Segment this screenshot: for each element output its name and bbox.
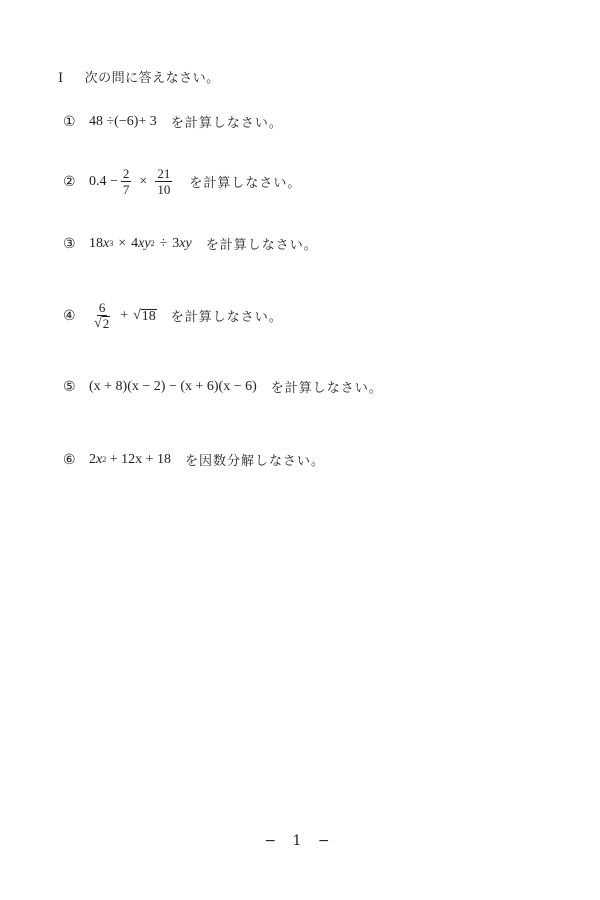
section-heading: I 次の問に答えなさい。 (58, 67, 220, 86)
coef: 2 (89, 452, 96, 468)
question-instruction: を計算しなさい。 (171, 306, 283, 325)
question-instruction: を計算しなさい。 (171, 112, 283, 131)
question-3: ③ 18x3 × 4xy2 ÷ 3xy を計算しなさい。 (63, 234, 318, 253)
sqrt-icon: √ (133, 308, 141, 324)
numerator: 6 (97, 300, 108, 316)
question-1: ① 48 ÷(−6)+ 3 を計算しなさい。 (63, 112, 283, 131)
fraction: 6 √2 (92, 300, 112, 331)
math-expression: 2x2 + 12x + 18 (89, 452, 171, 468)
math-expression: 0.4 − 2 7 × 21 10 (89, 166, 175, 197)
numerator: 2 (121, 166, 132, 182)
question-4: ④ 6 √2 + √18 を計算しなさい。 (63, 300, 283, 331)
question-number: ④ (63, 308, 89, 324)
sqrt: √18 (133, 308, 157, 324)
operator: × (118, 236, 126, 252)
exp: 2 (151, 239, 155, 248)
radicand: 18 (141, 309, 157, 324)
section-number: I (58, 71, 80, 86)
question-instruction: を計算しなさい。 (206, 234, 318, 253)
question-number: ② (63, 174, 89, 190)
question-number: ① (63, 114, 89, 130)
section-title: 次の問に答えなさい。 (85, 71, 220, 86)
question-5: ⑤ (x + 8)(x − 2) − (x + 6)(x − 6) を計算しなさ… (63, 377, 383, 396)
operator: ÷ (160, 236, 168, 252)
sqrt-icon: √ (94, 316, 102, 331)
terms: + 12x + 18 (110, 452, 171, 468)
denominator-sqrt: √2 (92, 316, 112, 331)
page-number: − 1 − (0, 833, 600, 849)
math-expression: 6 √2 + √18 (89, 300, 157, 331)
numerator: 21 (155, 166, 172, 182)
operator: × (139, 174, 147, 190)
exp: 3 (109, 239, 113, 248)
question-instruction: を計算しなさい。 (189, 172, 301, 191)
math-expression: 18x3 × 4xy2 ÷ 3xy (89, 236, 192, 252)
exp: 2 (102, 455, 106, 464)
question-instruction: を因数分解しなさい。 (185, 450, 325, 469)
question-number: ⑥ (63, 452, 89, 468)
question-2: ② 0.4 − 2 7 × 21 10 を計算しなさい。 (63, 166, 301, 197)
coef: 18 (89, 236, 103, 252)
denominator: 7 (121, 182, 132, 197)
question-instruction: を計算しなさい。 (271, 377, 383, 396)
fraction: 2 7 (121, 166, 132, 197)
var: xy (138, 236, 150, 252)
denominator: 10 (155, 182, 172, 197)
operator: + (120, 308, 128, 324)
question-6: ⑥ 2x2 + 12x + 18 を因数分解しなさい。 (63, 450, 325, 469)
question-number: ⑤ (63, 379, 89, 395)
math-expression: (x + 8)(x − 2) − (x + 6)(x − 6) (89, 379, 257, 395)
question-number: ③ (63, 236, 89, 252)
term: 0.4 − (89, 174, 118, 190)
math-expression: 48 ÷(−6)+ 3 (89, 114, 157, 130)
fraction: 21 10 (155, 166, 172, 197)
var: xy (179, 236, 191, 252)
radicand: 2 (102, 316, 111, 331)
